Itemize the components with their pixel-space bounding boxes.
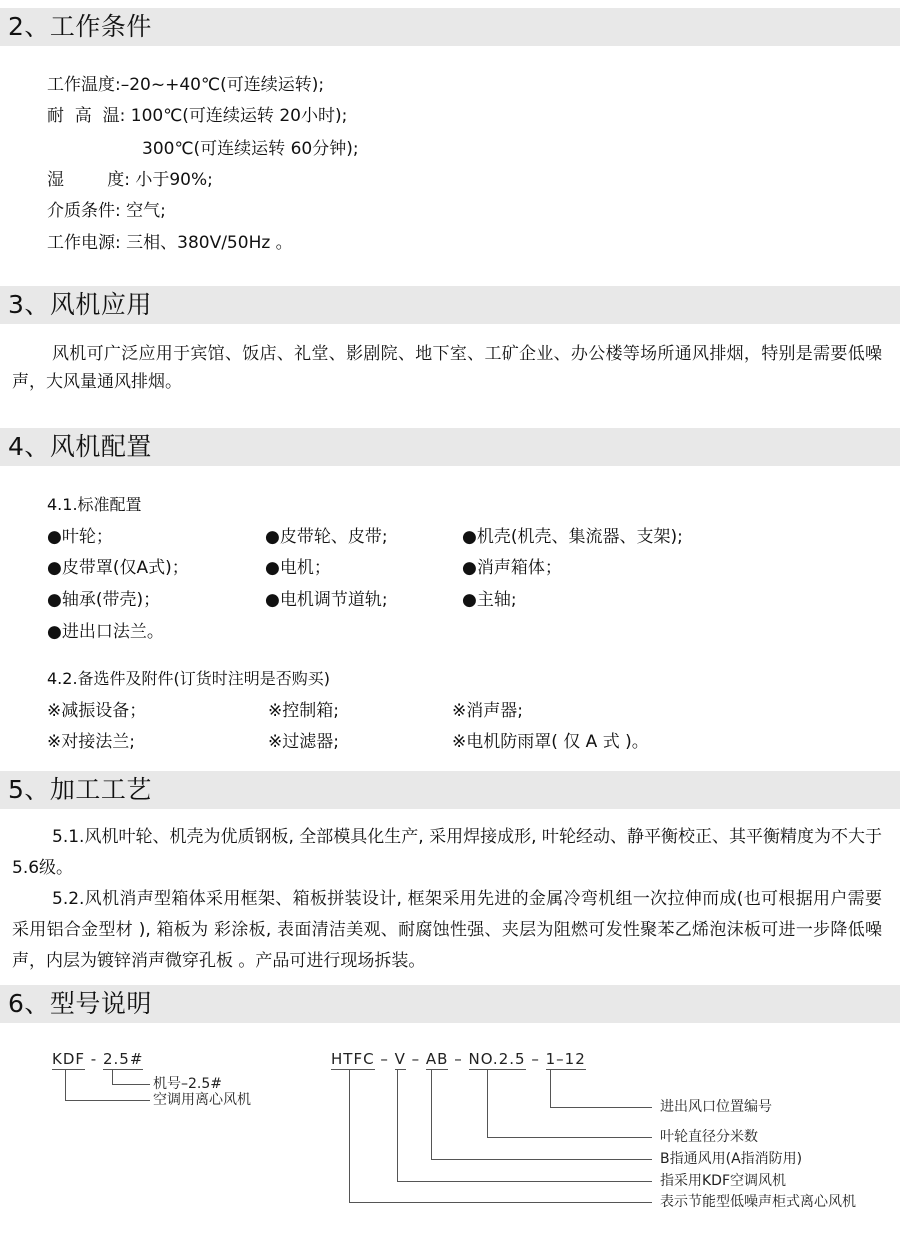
condition-high-temp: 耐 高 温: 100℃(可连续运转 20小时); <box>47 104 347 128</box>
connector-line <box>112 1084 150 1085</box>
kdf-model-code: KDF - 2.5# <box>52 1050 143 1068</box>
htfc-model-code: HTFC – V – AB – NO.2.5 – 1–12 <box>331 1050 586 1068</box>
connector-line <box>487 1137 652 1138</box>
config-item: ●皮带罩(仅A式)； <box>47 556 189 580</box>
kdf-label-type: 空调用离心风机 <box>153 1091 251 1109</box>
section-title: 4、风机配置 <box>8 431 152 463</box>
optional-item: ※过滤器; <box>268 730 339 754</box>
connector-line <box>397 1070 398 1182</box>
condition-high-temp-2: 300℃(可连续运转 60分钟); <box>142 137 359 161</box>
htfc-label-series: 表示节能型低噪声柜式离心风机 <box>660 1193 856 1211</box>
section-title: 6、型号说明 <box>8 988 152 1020</box>
section-title: 2、工作条件 <box>8 11 152 43</box>
connector-line <box>397 1181 652 1182</box>
htfc-label-outlet-position: 进出风口位置编号 <box>660 1098 772 1116</box>
condition-humidity: 湿 度: 小于90%; <box>47 168 213 192</box>
section-header-process: 5、加工工艺 <box>0 771 900 809</box>
htfc-label-impeller-diameter: 叶轮直径分米数 <box>660 1128 758 1146</box>
config-item: ●机壳(机壳、集流器、支架); <box>462 525 683 549</box>
section-header-application: 3、风机应用 <box>0 286 900 324</box>
connector-line <box>65 1070 66 1101</box>
optional-config-heading: 4.2.备选件及附件(订货时注明是否购买) <box>47 668 330 690</box>
connector-line <box>431 1070 432 1160</box>
optional-item: ※对接法兰; <box>47 730 135 754</box>
config-item: ●叶轮； <box>47 525 113 549</box>
config-item: ●电机调节道轨; <box>265 588 388 612</box>
config-item: ●主轴; <box>462 588 517 612</box>
config-item: ●轴承(带壳)； <box>47 588 160 612</box>
optional-item: ※减振设备； <box>47 699 146 723</box>
connector-line <box>487 1070 488 1138</box>
condition-temperature: 工作温度:–20~+40℃(可连续运转); <box>47 73 324 97</box>
config-item: ●消声箱体； <box>462 556 562 580</box>
process-paragraph-2: 5.2.风机消声型箱体采用框架、箱板拼装设计, 框架采用先进的金属冷弯机组一次拉… <box>12 884 882 977</box>
connector-line <box>349 1202 652 1203</box>
config-item: ●进出口法兰。 <box>47 620 164 644</box>
process-paragraph-1: 5.1.风机叶轮、机壳为优质钢板, 全部模具化生产, 采用焊接成形, 叶轮经动、… <box>12 822 882 884</box>
connector-line <box>65 1100 150 1101</box>
section-title: 5、加工工艺 <box>8 774 152 806</box>
connector-line <box>550 1070 551 1108</box>
config-item: ●电机； <box>265 556 331 580</box>
section-header-configuration: 4、风机配置 <box>0 428 900 466</box>
config-item: ●皮带轮、皮带; <box>265 525 388 549</box>
section-header-model: 6、型号说明 <box>0 985 900 1023</box>
optional-item: ※控制箱; <box>268 699 339 723</box>
section-header-working-conditions: 2、工作条件 <box>0 8 900 46</box>
application-paragraph: 风机可广泛应用于宾馆、饭店、礼堂、影剧院、地下室、工矿企业、办公楼等场所通风排烟… <box>12 340 882 396</box>
htfc-label-kdf: 指采用KDF空调风机 <box>660 1172 786 1190</box>
optional-item: ※电机防雨罩( 仅 A 式 )。 <box>452 730 649 754</box>
optional-item: ※消声器; <box>452 699 523 723</box>
connector-line <box>349 1070 350 1203</box>
condition-power: 工作电源: 三相、380V/50Hz 。 <box>47 231 293 255</box>
htfc-label-usage: B指通风用(A指消防用) <box>660 1150 802 1168</box>
connector-line <box>431 1159 652 1160</box>
connector-line <box>550 1107 652 1108</box>
standard-config-heading: 4.1.标准配置 <box>47 494 142 516</box>
condition-medium: 介质条件: 空气; <box>47 199 166 223</box>
connector-line <box>112 1070 113 1085</box>
section-title: 3、风机应用 <box>8 289 152 321</box>
